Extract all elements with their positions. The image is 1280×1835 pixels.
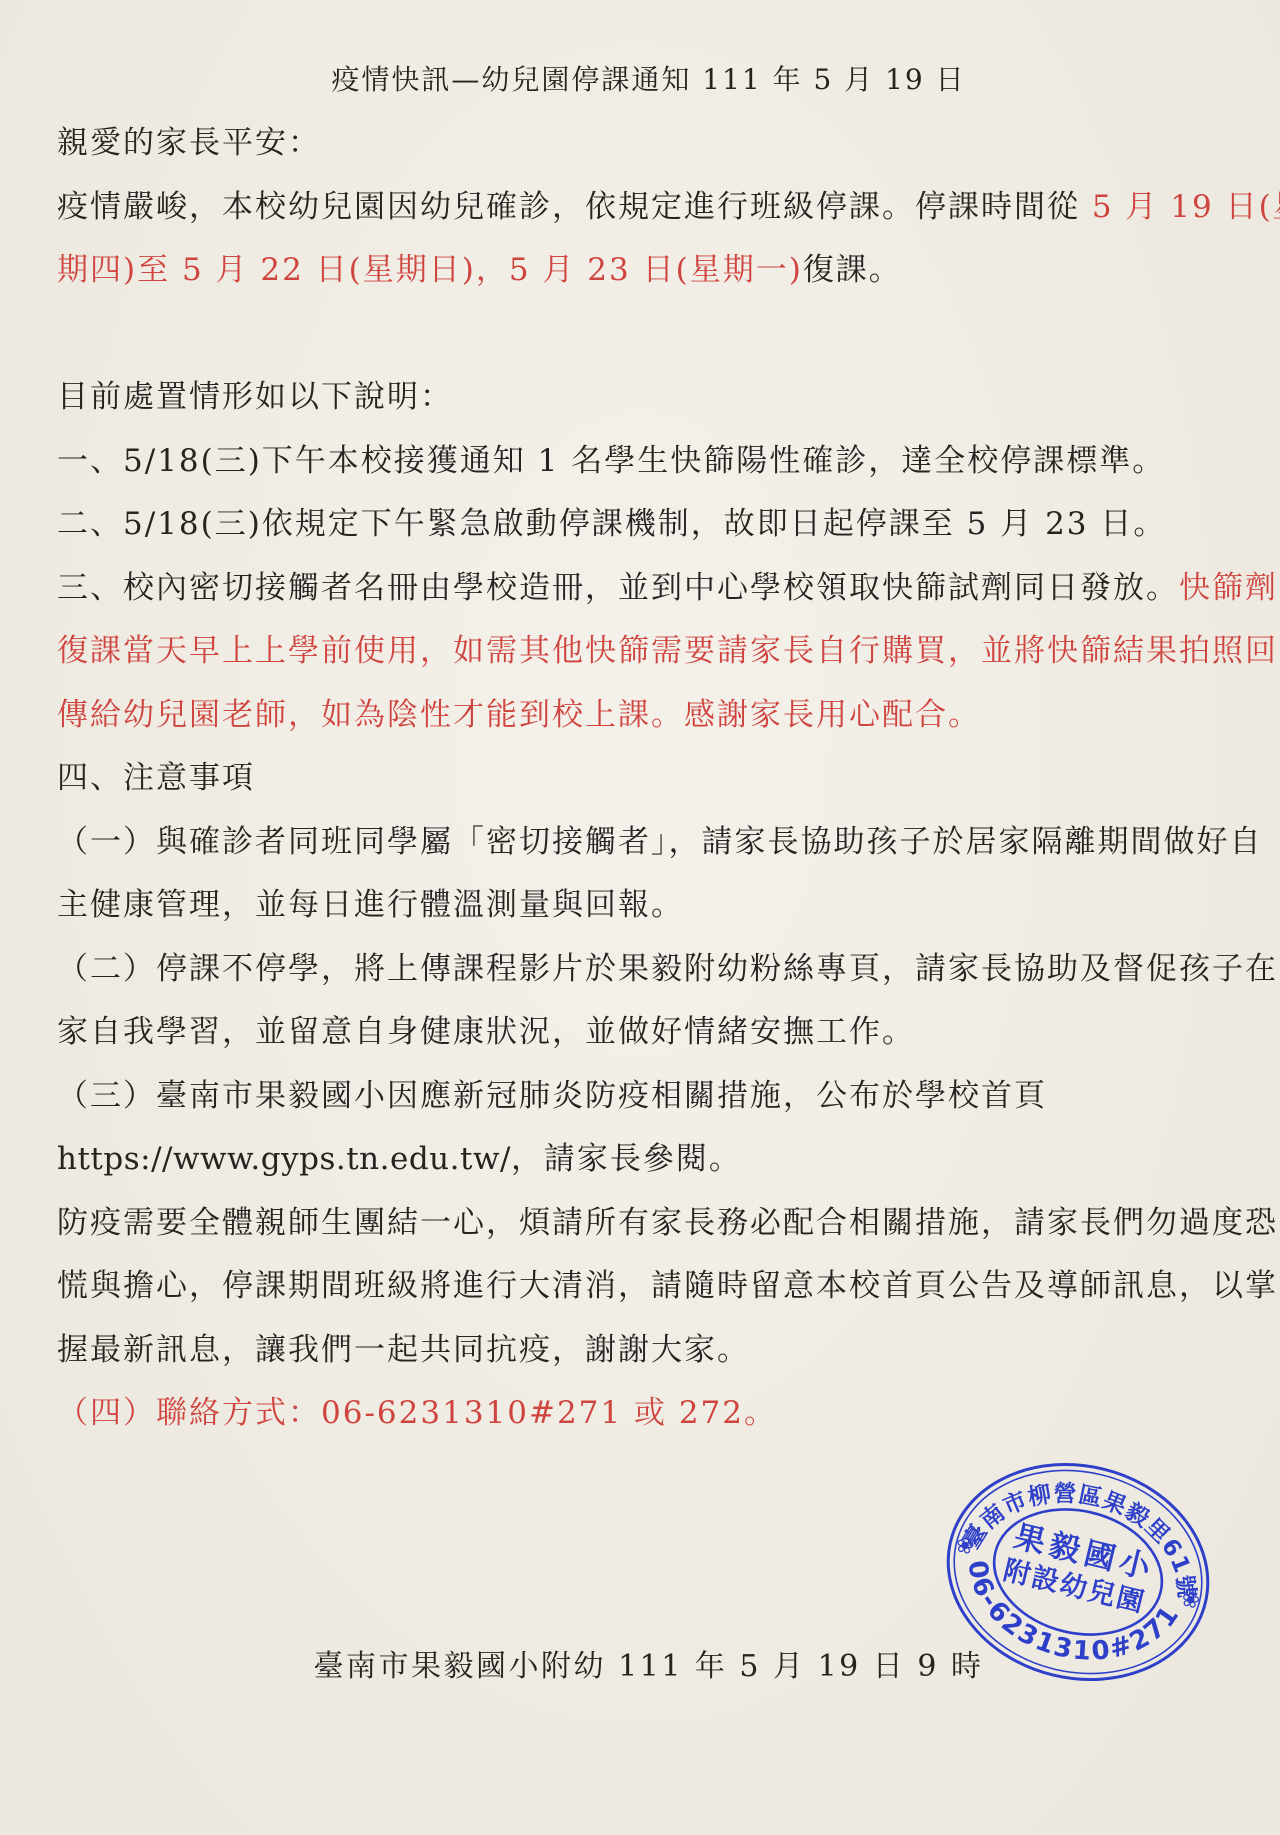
footer-signature: 臺南市果毅國小附幼 111 年 5 月 19 日 9 時 [57,1650,1240,1684]
text-segment: （三）臺南市果毅國小因應新冠肺炎防疫相關措施，公布於學校首頁 [57,1078,1047,1114]
body-text: 親愛的家長平安：疫情嚴峻，本校幼兒園因幼兒確診，依規定進行班級停課。停課時間從 … [57,112,1240,1446]
notice-page: 疫情快訊—幼兒園停課通知 111 年 5 月 19 日 親愛的家長平安：疫情嚴峻… [0,0,1280,1835]
text-segment: 慌與擔心，停課期間班級將進行大清消，請隨時留意本校首頁公告及導師訊息，以掌 [57,1268,1278,1304]
text-segment: 復課。 [803,252,902,288]
stamp-address-arc: 臺南市柳營區果毅里61號 [956,1456,1219,1605]
text-segment: 期四)至 5 月 22 日(星期日)，5 月 23 日(星期一) [57,252,803,288]
text-line: 防疫需要全體親師生團結一心，煩請所有家長務必配合相關措施，請家長們勿過度恐 [57,1192,1240,1256]
text-segment: 親愛的家長平安： [57,125,321,161]
text-segment: （一）與確診者同班同學屬「密切接觸者」，請家長協助孩子於居家隔離期間做好自 [57,824,1263,860]
text-line: 主健康管理，並每日進行體溫測量與回報。 [57,874,1240,938]
text-segment: 5 月 19 日(星 [1092,189,1280,225]
text-line: 三、校內密切接觸者名冊由學校造冊，並到中心學校領取快篩試劑同日發放。快篩劑 [57,557,1240,621]
text-line: 期四)至 5 月 22 日(星期日)，5 月 23 日(星期一)復課。 [57,239,1240,303]
text-line: https://www.gyps.tn.edu.tw/，請家長參閱。 [57,1128,1240,1192]
blank-line [57,303,1240,367]
text-line: 親愛的家長平安： [57,112,1240,176]
text-line: 一、5/18(三)下午本校接獲通知 1 名學生快篩陽性確診，達全校停課標準。 [57,430,1240,494]
text-line: 疫情嚴峻，本校幼兒園因幼兒確診，依規定進行班級停課。停課時間從 5 月 19 日… [57,176,1240,240]
text-segment: 二、5/18(三)依規定下午緊急啟動停課機制，故即日起停課至 5 月 23 日。 [57,506,1166,542]
text-segment: 一、5/18(三)下午本校接獲通知 1 名學生快篩陽性確診，達全校停課標準。 [57,443,1165,479]
page-title: 疫情快訊—幼兒園停課通知 111 年 5 月 19 日 [57,48,1240,112]
text-line: 二、5/18(三)依規定下午緊急啟動停課機制，故即日起停課至 5 月 23 日。 [57,493,1240,557]
text-segment: 防疫需要全體親師生團結一心，煩請所有家長務必配合相關措施，請家長們勿過度恐 [57,1205,1278,1241]
flower-icon: ❀ [953,1532,977,1561]
text-segment: 目前處置情形如以下說明： [57,379,453,415]
text-line: 家自我學習，並留意自身健康狀況，並做好情緒安撫工作。 [57,1001,1240,1065]
text-segment: 主健康管理，並每日進行體溫測量與回報。 [57,887,684,923]
text-line: （三）臺南市果毅國小因應新冠肺炎防疫相關措施，公布於學校首頁 [57,1065,1240,1129]
text-segment: 家自我學習，並留意自身健康狀況，並做好情緒安撫工作。 [57,1014,915,1050]
text-line: 握最新訊息，讓我們一起共同抗疫，謝謝大家。 [57,1319,1240,1383]
text-line: 傳給幼兒園老師，如為陰性才能到校上課。感謝家長用心配合。 [57,684,1240,748]
text-segment: https://www.gyps.tn.edu.tw/ [57,1141,511,1177]
text-line: （四）聯絡方式：06-6231310#271 或 272。 [57,1382,1240,1446]
text-segment: 快篩劑 [1179,570,1278,606]
text-segment: （四）聯絡方式：06-6231310#271 或 272。 [57,1395,777,1431]
text-segment: 傳給幼兒園老師，如為陰性才能到校上課。感謝家長用心配合。 [57,697,981,733]
text-segment: 握最新訊息，讓我們一起共同抗疫，謝謝大家。 [57,1332,750,1368]
stamp-kindergarten-name: 附設幼兒園 [1000,1554,1148,1619]
text-segment: 三、校內密切接觸者名冊由學校造冊，並到中心學校領取快篩試劑同日發放。 [57,570,1179,606]
stamp-inner-ring [981,1493,1175,1651]
text-segment: ，請家長參閱。 [511,1141,742,1177]
text-segment: 復課當天早上上學前使用，如需其他快篩需要請家長自行購買，並將快篩結果拍照回 [57,633,1278,669]
text-segment: （二）停課不停學，將上傳課程影片於果毅附幼粉絲專頁，請家長協助及督促孩子在 [57,951,1278,987]
text-line: （一）與確診者同班同學屬「密切接觸者」，請家長協助孩子於居家隔離期間做好自 [57,811,1240,875]
flower-icon: ❀ [1179,1586,1203,1615]
text-segment: 疫情嚴峻，本校幼兒園因幼兒確診，依規定進行班級停課。停課時間從 [57,189,1092,225]
stamp-school-name: 果毅國小 [1010,1519,1158,1588]
text-line: 目前處置情形如以下說明： [57,366,1240,430]
text-line: 慌與擔心，停課期間班級將進行大清消，請隨時留意本校首頁公告及導師訊息，以掌 [57,1255,1240,1319]
text-line: （二）停課不停學，將上傳課程影片於果毅附幼粉絲專頁，請家長協助及督促孩子在 [57,938,1240,1002]
text-segment: 四、注意事項 [57,760,255,796]
text-line: 復課當天早上上學前使用，如需其他快篩需要請家長自行購買，並將快篩結果拍照回 [57,620,1240,684]
text-line: 四、注意事項 [57,747,1240,811]
